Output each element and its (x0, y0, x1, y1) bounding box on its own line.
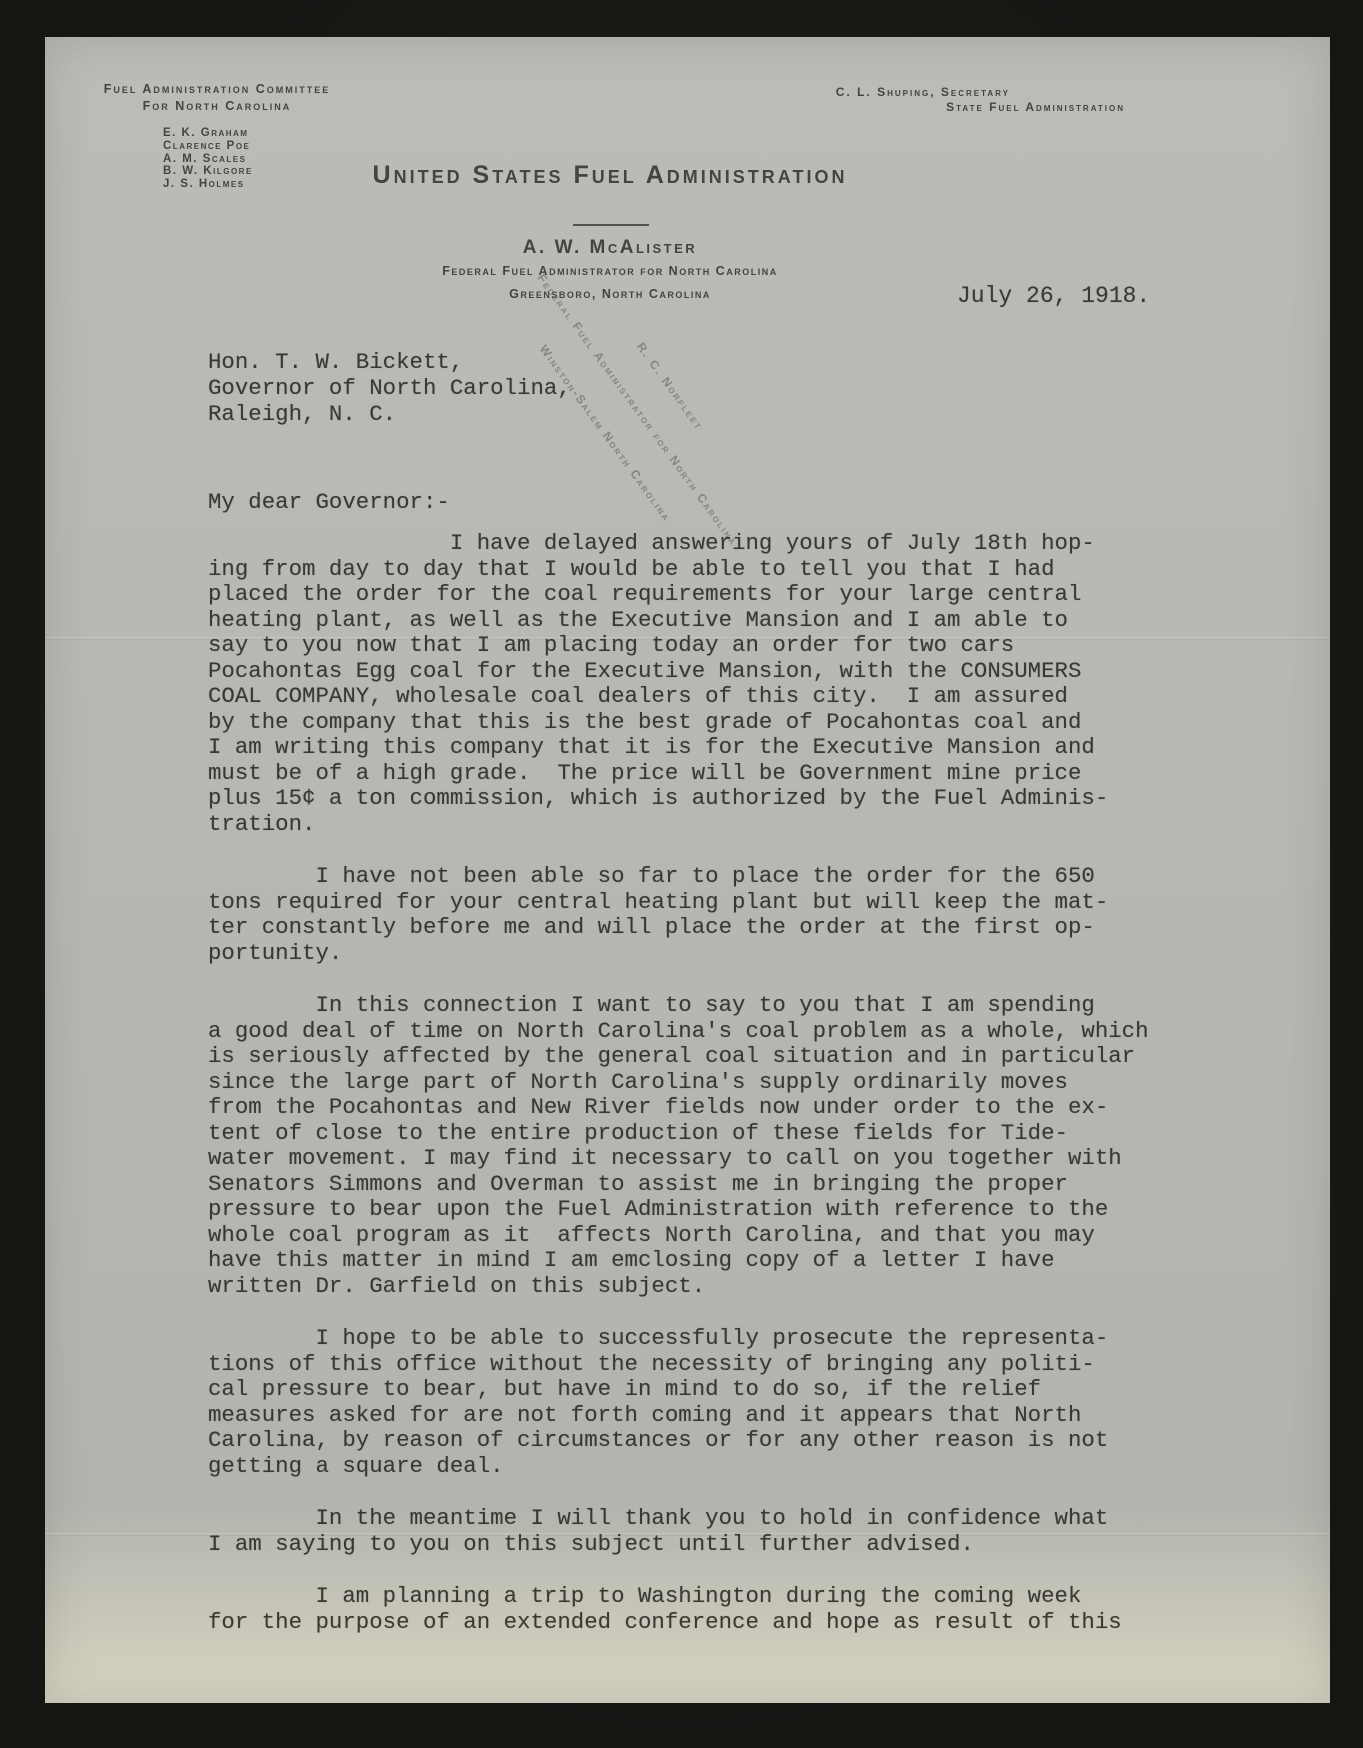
body-paragraph: I am planning a trip to Washington durin… (208, 1584, 1149, 1635)
body-paragraph: In the meantime I will thank you to hold… (208, 1506, 1149, 1557)
letterhead-divider (573, 224, 649, 226)
body-paragraph: I have delayed answering yours of July 1… (208, 531, 1149, 837)
administrator-name: A. W. McAlister (45, 237, 1175, 259)
letterhead-committee-title: Fuel Administration Committee For North … (97, 81, 337, 115)
body-paragraph: In this connection I want to say to you … (208, 993, 1149, 1299)
secretary-name: C. L. Shuping, Secretary (836, 85, 1010, 100)
recipient-line: Governor of North Carolina, (208, 375, 571, 401)
letter-paper: Fuel Administration Committee For North … (45, 37, 1330, 1703)
recipient-line: Hon. T. W. Bickett, (208, 349, 571, 375)
salutation: My dear Governor:- (208, 489, 450, 515)
secretary-org: State Fuel Administration (836, 100, 1125, 115)
scanned-letter-page: { "letterhead": { "committee": { "title_… (0, 0, 1363, 1748)
letter-body: I have delayed answering yours of July 1… (208, 531, 1149, 1662)
org-title: United States Fuel Administration (45, 161, 1175, 190)
committee-title-line2: For North Carolina (97, 98, 337, 115)
committee-title-line1: Fuel Administration Committee (97, 81, 337, 98)
committee-member: Clarence Poe (163, 140, 253, 153)
letterhead-secretary: C. L. Shuping, Secretary State Fuel Admi… (836, 85, 1125, 115)
recipient-address: Hon. T. W. Bickett,Governor of North Car… (208, 349, 571, 427)
committee-member: E. K. Graham (163, 127, 253, 140)
recipient-line: Raleigh, N. C. (208, 401, 571, 427)
body-paragraph: I hope to be able to successfully prosec… (208, 1326, 1149, 1479)
date-line: July 26, 1918. (957, 283, 1150, 309)
body-paragraph: I have not been able so far to place the… (208, 864, 1149, 966)
